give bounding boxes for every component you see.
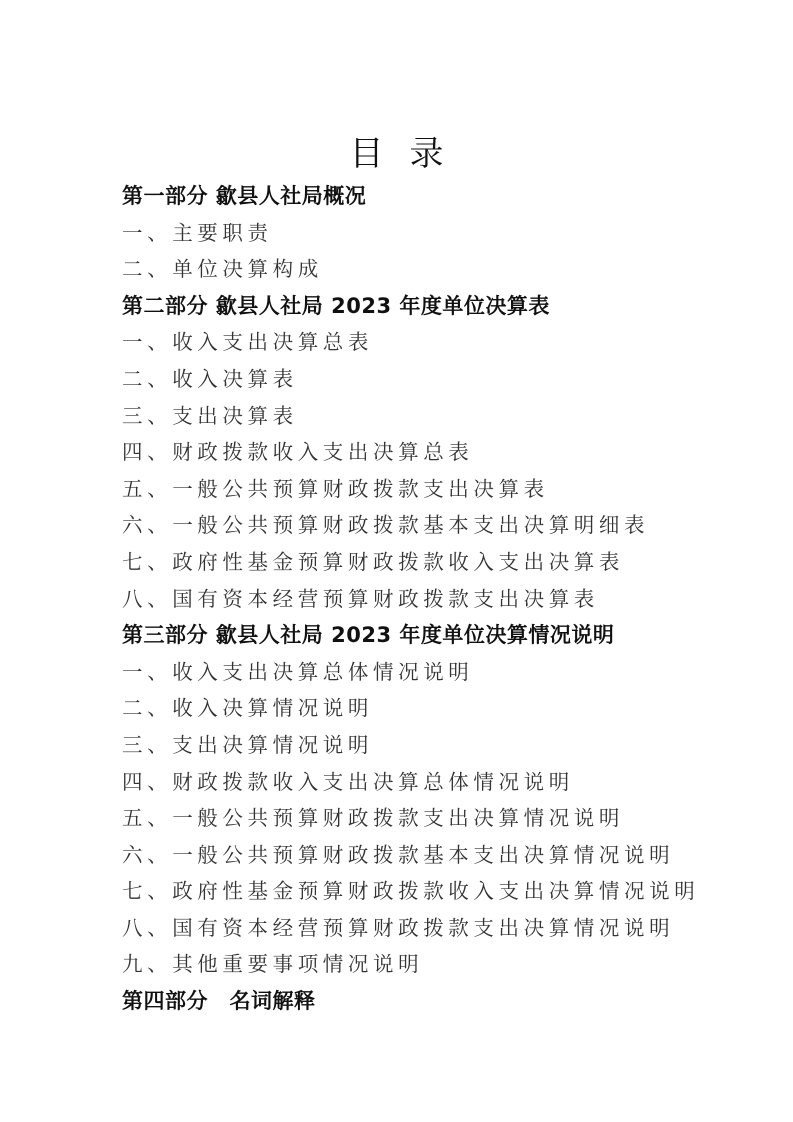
toc-part-4: 第四部分 名词解释	[122, 983, 742, 1020]
toc-item: 五、一般公共预算财政拨款支出决算表	[122, 471, 742, 508]
toc-item: 二、收入决算情况说明	[122, 690, 742, 727]
toc-item: 七、政府性基金预算财政拨款收入支出决算情况说明	[122, 873, 742, 910]
toc-item: 一、主要职责	[122, 215, 742, 252]
toc-item: 五、一般公共预算财政拨款支出决算情况说明	[122, 800, 742, 837]
table-of-contents: 第一部分 歙县人社局概况 一、主要职责 二、单位决算构成 第二部分 歙县人社局 …	[122, 178, 742, 1020]
page-title: 目录	[0, 132, 793, 176]
toc-item: 二、单位决算构成	[122, 251, 742, 288]
toc-item: 一、收入支出决算总表	[122, 324, 742, 361]
toc-part-2: 第二部分 歙县人社局 2023 年度单位决算表	[122, 288, 742, 325]
toc-item: 一、收入支出决算总体情况说明	[122, 654, 742, 691]
toc-part-3: 第三部分 歙县人社局 2023 年度单位决算情况说明	[122, 617, 742, 654]
toc-item: 三、支出决算情况说明	[122, 727, 742, 764]
toc-item: 二、收入决算表	[122, 361, 742, 398]
toc-item: 八、国有资本经营预算财政拨款支出决算表	[122, 581, 742, 618]
toc-item: 八、国有资本经营预算财政拨款支出决算情况说明	[122, 910, 742, 947]
toc-item: 九、其他重要事项情况说明	[122, 946, 742, 983]
document-page: 目录 第一部分 歙县人社局概况 一、主要职责 二、单位决算构成 第二部分 歙县人…	[0, 0, 793, 1122]
toc-item: 四、财政拨款收入支出决算总表	[122, 434, 742, 471]
toc-item: 七、政府性基金预算财政拨款收入支出决算表	[122, 544, 742, 581]
toc-item: 六、一般公共预算财政拨款基本支出决算情况说明	[122, 837, 742, 874]
toc-item: 四、财政拨款收入支出决算总体情况说明	[122, 764, 742, 801]
toc-item: 六、一般公共预算财政拨款基本支出决算明细表	[122, 507, 742, 544]
toc-item: 三、支出决算表	[122, 398, 742, 435]
toc-part-1: 第一部分 歙县人社局概况	[122, 178, 742, 215]
